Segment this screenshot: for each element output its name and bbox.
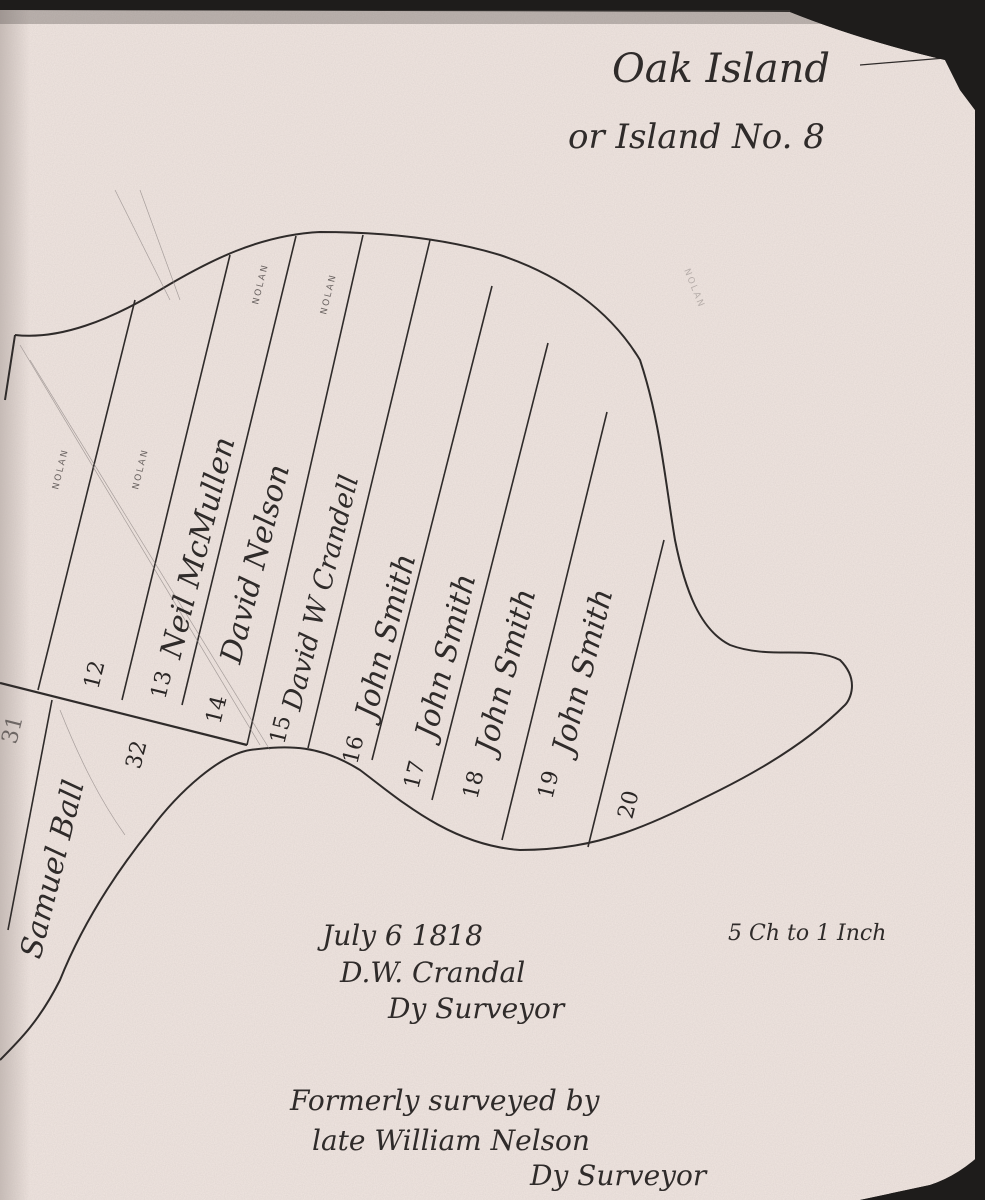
- formerly-line-1: Formerly surveyed by: [289, 1084, 601, 1117]
- formerly-line-3: Dy Surveyor: [529, 1159, 708, 1192]
- surveyor-name: D.W. Crandal: [339, 956, 525, 989]
- title-line-1: Oak Island: [612, 46, 830, 92]
- survey-map: NOLAN NOLAN NOLAN NOLAN NOLAN 12 13 14 1…: [0, 0, 985, 1200]
- survey-date: July 6 1818: [317, 919, 483, 952]
- title-line-2: or Island No. 8: [568, 117, 825, 157]
- map-scale: 5 Ch to 1 Inch: [728, 921, 886, 946]
- surveyor-title: Dy Surveyor: [387, 992, 566, 1025]
- survey-document: NOLAN NOLAN NOLAN NOLAN NOLAN 12 13 14 1…: [0, 0, 985, 1200]
- formerly-line-2: late William Nelson: [312, 1124, 590, 1157]
